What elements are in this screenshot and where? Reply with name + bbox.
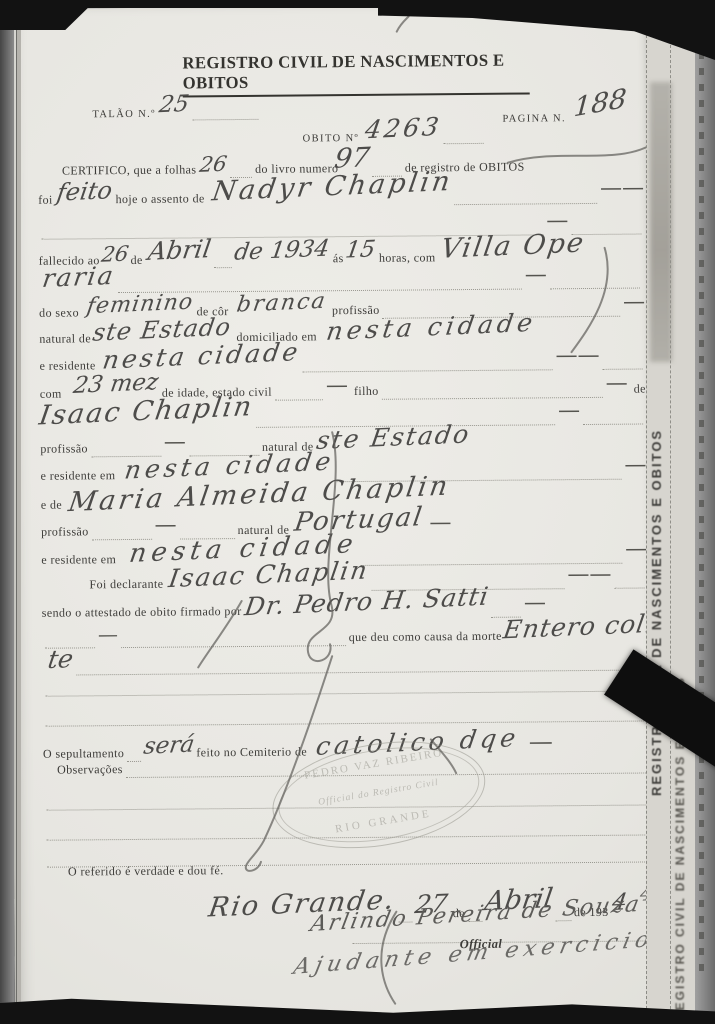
form-line-causa-continuacao: te bbox=[48, 645, 648, 675]
handwritten-sepultamento: será bbox=[142, 734, 196, 759]
dotted-line bbox=[121, 632, 346, 648]
dotted-line bbox=[275, 386, 323, 400]
stub-perforation-line bbox=[670, 0, 671, 1024]
handwritten-ano-obito: de 1934 bbox=[233, 238, 331, 265]
dotted-line bbox=[444, 130, 484, 144]
handwritten-dash: — bbox=[326, 373, 348, 398]
handwritten-nome-pai: Isaac Chaplin bbox=[37, 393, 255, 429]
handwritten-residencia: nesta cidade bbox=[101, 339, 302, 373]
handwritten-obito-number: 4263 bbox=[363, 114, 443, 142]
scan-edge-left bbox=[0, 0, 14, 1024]
declarante-label: Foi declarante bbox=[89, 577, 163, 594]
handwritten-dash: — bbox=[98, 622, 118, 646]
handwritten-livro: 97 bbox=[332, 144, 371, 173]
handwritten-pagina-number: 188 bbox=[572, 85, 627, 121]
handwritten-dash: —— bbox=[600, 175, 644, 200]
page-tilt-wrapper: REGISTRO CIVIL DE NASCIMENTOS E OBITOS T… bbox=[0, 0, 715, 1024]
attestado-label: sendo o attestado de obito firmado por bbox=[42, 604, 242, 622]
natural-label: natural de bbox=[39, 331, 91, 347]
page-title: REGISTRO CIVIL DE NASCIMENTOS E OBITOS bbox=[182, 50, 529, 97]
dotted-line bbox=[603, 356, 643, 370]
handwritten-dash: — bbox=[606, 371, 628, 396]
dotted-line bbox=[614, 575, 644, 589]
de-label: de bbox=[130, 253, 142, 269]
form-line-referido: O referido é verdade e dou fé. bbox=[68, 862, 368, 881]
page-edge-right bbox=[695, 0, 715, 1024]
residente-pai-label: e residente em bbox=[41, 468, 116, 485]
form-line-profissao-pai: profissão — natural de ste Estado bbox=[40, 427, 646, 457]
handwritten-dash: —— bbox=[555, 343, 599, 368]
handwritten-local-obito-1: Villa Ope bbox=[439, 230, 587, 263]
page-fold-line bbox=[16, 0, 21, 1024]
handwritten-dash: — bbox=[154, 513, 176, 538]
handwritten-dash: — bbox=[624, 452, 646, 477]
handwritten-cor: branca bbox=[235, 291, 328, 317]
scanned-death-record-page: REGISTRO CIVIL DE NASCIMENTOS E OBITOS T… bbox=[0, 0, 715, 1024]
sepultamento-label: O sepultamento bbox=[43, 746, 124, 763]
filho-label: filho bbox=[354, 384, 379, 400]
residente-mae-label: e residente em bbox=[41, 552, 116, 569]
handwritten-dash: —— bbox=[567, 562, 611, 587]
de-label: de bbox=[634, 381, 646, 397]
handwritten-dash: — bbox=[625, 536, 647, 561]
form-line-talao: TALÃO N.º 25 bbox=[92, 96, 322, 121]
form-header: REGISTRO CIVIL DE NASCIMENTOS E OBITOS bbox=[179, 50, 533, 97]
referido-label: O referido é verdade e dou fé. bbox=[68, 863, 224, 880]
form-line-assento: foi feito hoje o assento de Nadyr Chapli… bbox=[38, 176, 644, 208]
handwritten-domicilio: nesta cidade bbox=[324, 310, 537, 344]
dotted-line bbox=[454, 190, 597, 205]
book-stub-strip: REGISTRO CIVIL DE NASCIMENTOS E OBITOS R… bbox=[646, 0, 696, 1024]
dotted-line bbox=[583, 411, 643, 426]
form-line-obito-number: OBITO Nº 4263 bbox=[302, 119, 512, 146]
handwritten-causa-morte-1: Entero coli bbox=[501, 611, 656, 643]
talao-label: TALÃO N.º bbox=[92, 109, 156, 122]
e-de-label: e de bbox=[41, 498, 62, 514]
assento-label: hoje o assento de bbox=[115, 191, 204, 208]
handwritten-dash: — bbox=[429, 510, 451, 535]
handwritten-idade: 23 mez bbox=[72, 371, 160, 398]
handwritten-feito: feito bbox=[55, 178, 114, 204]
handwritten-causa-morte-2: te bbox=[46, 646, 75, 672]
dotted-line bbox=[127, 748, 141, 762]
form-line-local-continuacao: raria — bbox=[43, 264, 643, 294]
handwritten-dash: — bbox=[524, 590, 546, 615]
dotted-line bbox=[192, 106, 258, 121]
causa-label: que deu como causa da morte bbox=[349, 629, 502, 646]
handwritten-dash: — bbox=[164, 429, 186, 454]
handwritten-hora-obito: 15 bbox=[344, 238, 377, 262]
form-line-causa-morte: — que deu como causa da morte Entero col… bbox=[42, 618, 654, 648]
handwritten-local-obito-2: raria bbox=[41, 263, 117, 291]
handwritten-folhas: 26 bbox=[199, 154, 229, 176]
observacoes-label: Observações bbox=[57, 762, 123, 779]
handwritten-dash: — bbox=[525, 262, 547, 287]
as-label: ás bbox=[333, 251, 344, 267]
profissao-pai-label: profissão bbox=[40, 441, 88, 457]
sexo-label: do sexo bbox=[39, 305, 79, 321]
foi-label: foi bbox=[38, 193, 53, 209]
handwritten-dash: — bbox=[529, 727, 553, 755]
profissao-mae-label: profissão bbox=[41, 524, 89, 540]
stub-vertical-text-2: REGISTRO CIVIL DE NASCIMENTOS E OBITOS bbox=[673, 255, 687, 1021]
handwritten-dash: — bbox=[558, 398, 580, 423]
handwritten-dash: — bbox=[623, 289, 645, 314]
page-edge-marks bbox=[699, 20, 704, 980]
dotted-line bbox=[550, 275, 640, 290]
handwritten-naturalidade-pai: ste Estado bbox=[315, 421, 472, 453]
dotted-line bbox=[303, 356, 553, 372]
handwritten-talao-number: 25 bbox=[158, 93, 191, 117]
horas-label: horas, com bbox=[379, 250, 436, 266]
handwritten-mes-obito: Abril bbox=[147, 236, 213, 264]
handwritten-declarante: Isaac Chaplin bbox=[167, 557, 371, 591]
form-line-pagina: PAGINA N. 188 bbox=[502, 98, 642, 126]
